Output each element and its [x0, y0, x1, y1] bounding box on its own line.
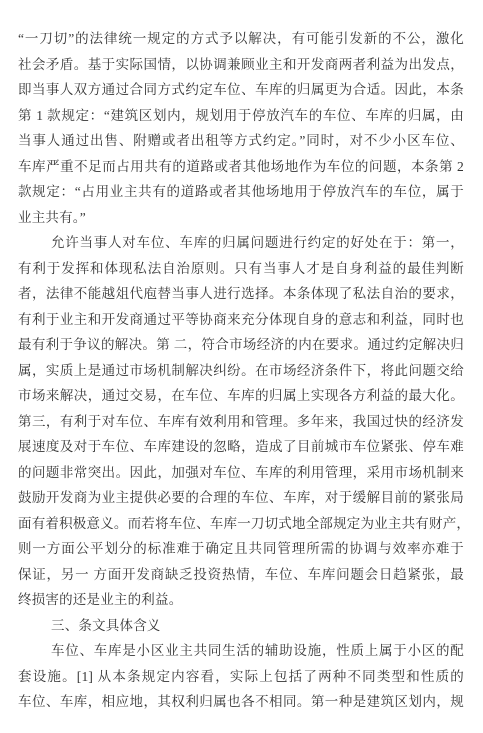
text-line: 有利于业主和开发商通过平等协商来充分体现自身的意志和利益，同时也	[18, 307, 464, 333]
text-line: 终损害的还是业主的利益。	[18, 587, 464, 613]
text-line: 属，实质上是通过市场机制解决纠纷。在市场经济条件下，将此问题交给	[18, 358, 464, 384]
text-line: 面有着积极意义。而若将车位、车库一刀切式地全部规定为业主共有财产，	[18, 511, 464, 537]
text-line: 款规定：“占用业主共有的道路或者其他场地用于停放汽车的车位，属于	[18, 179, 464, 205]
section-heading: 三、条文具体含义	[18, 613, 464, 639]
text-line: 保证，另一 方面开发商缺乏投资热情，车位、车库问题会日趋紧张，最	[18, 562, 464, 588]
text-line: 套设施。[1] 从本条规定内容看，实际上包括了两种不同类型和性质的	[18, 664, 464, 690]
text-line: 即当事人双方通过合同方式约定车位、车库的归属更为合适。因此，本条	[18, 77, 464, 103]
text-line: 有利于发挥和体现私法自治原则。只有当事人才是自身利益的最佳判断	[18, 256, 464, 282]
text-line: 最有利于争议的解决。第 二，符合市场经济的内在要求。通过约定解决归	[18, 332, 464, 358]
text-line: 当事人通过出售、附赠或者出租等方式约定。”同时，对不少小区车位、	[18, 128, 464, 154]
text-line: 车位、车库，相应地，其权利归属也各不相同。第一种是建筑区划内，规	[18, 689, 464, 715]
text-line: 第 1 款规定：“建筑区划内，规划用于停放汽车的车位、车库的归属，由	[18, 103, 464, 129]
text-line: “一刀切”的法律统一规定的方式予以解决，有可能引发新的不公，激化	[18, 26, 464, 52]
text-line: 的问题非常突出。因此，加强对车位、车库的利用管理，采用市场机制来	[18, 460, 464, 486]
text-line: 车位、车库是小区业主共同生活的辅助设施，性质上属于小区的配	[18, 638, 464, 664]
text-line: 鼓励开发商为业主提供必要的合理的车位、车库，对于缓解目前的紧张局	[18, 485, 464, 511]
text-line: 业主共有。”	[18, 205, 464, 231]
text-line: 市场来解决，通过交易，在车位、车库的归属上实现各方利益的最大化。	[18, 383, 464, 409]
text-line: 展速度及对于车位、车库建设的忽略，造成了目前城市车位紧张、停车难	[18, 434, 464, 460]
text-line: 则一方面公平划分的标准难于确定且共同管理所需的协调与效率亦难于	[18, 536, 464, 562]
text-line: 车库严重不足而占用共有的道路或者其他场地作为车位的问题，本条第 2	[18, 154, 464, 180]
text-line: 第三，有利于对车位、车库有效利用和管理。多年来，我国过快的经济发	[18, 409, 464, 435]
text-line: 社会矛盾。基于实际国情，以协调兼顾业主和开发商两者利益为出发点，	[18, 52, 464, 78]
text-line: 者，法律不能越俎代庖替当事人进行选择。本条体现了私法自治的要求，	[18, 281, 464, 307]
document-page: “一刀切”的法律统一规定的方式予以解决，有可能引发新的不公，激化社会矛盾。基于实…	[0, 0, 483, 733]
text-line: 允许当事人对车位、车库的归属问题进行约定的好处在于：第一，	[18, 230, 464, 256]
